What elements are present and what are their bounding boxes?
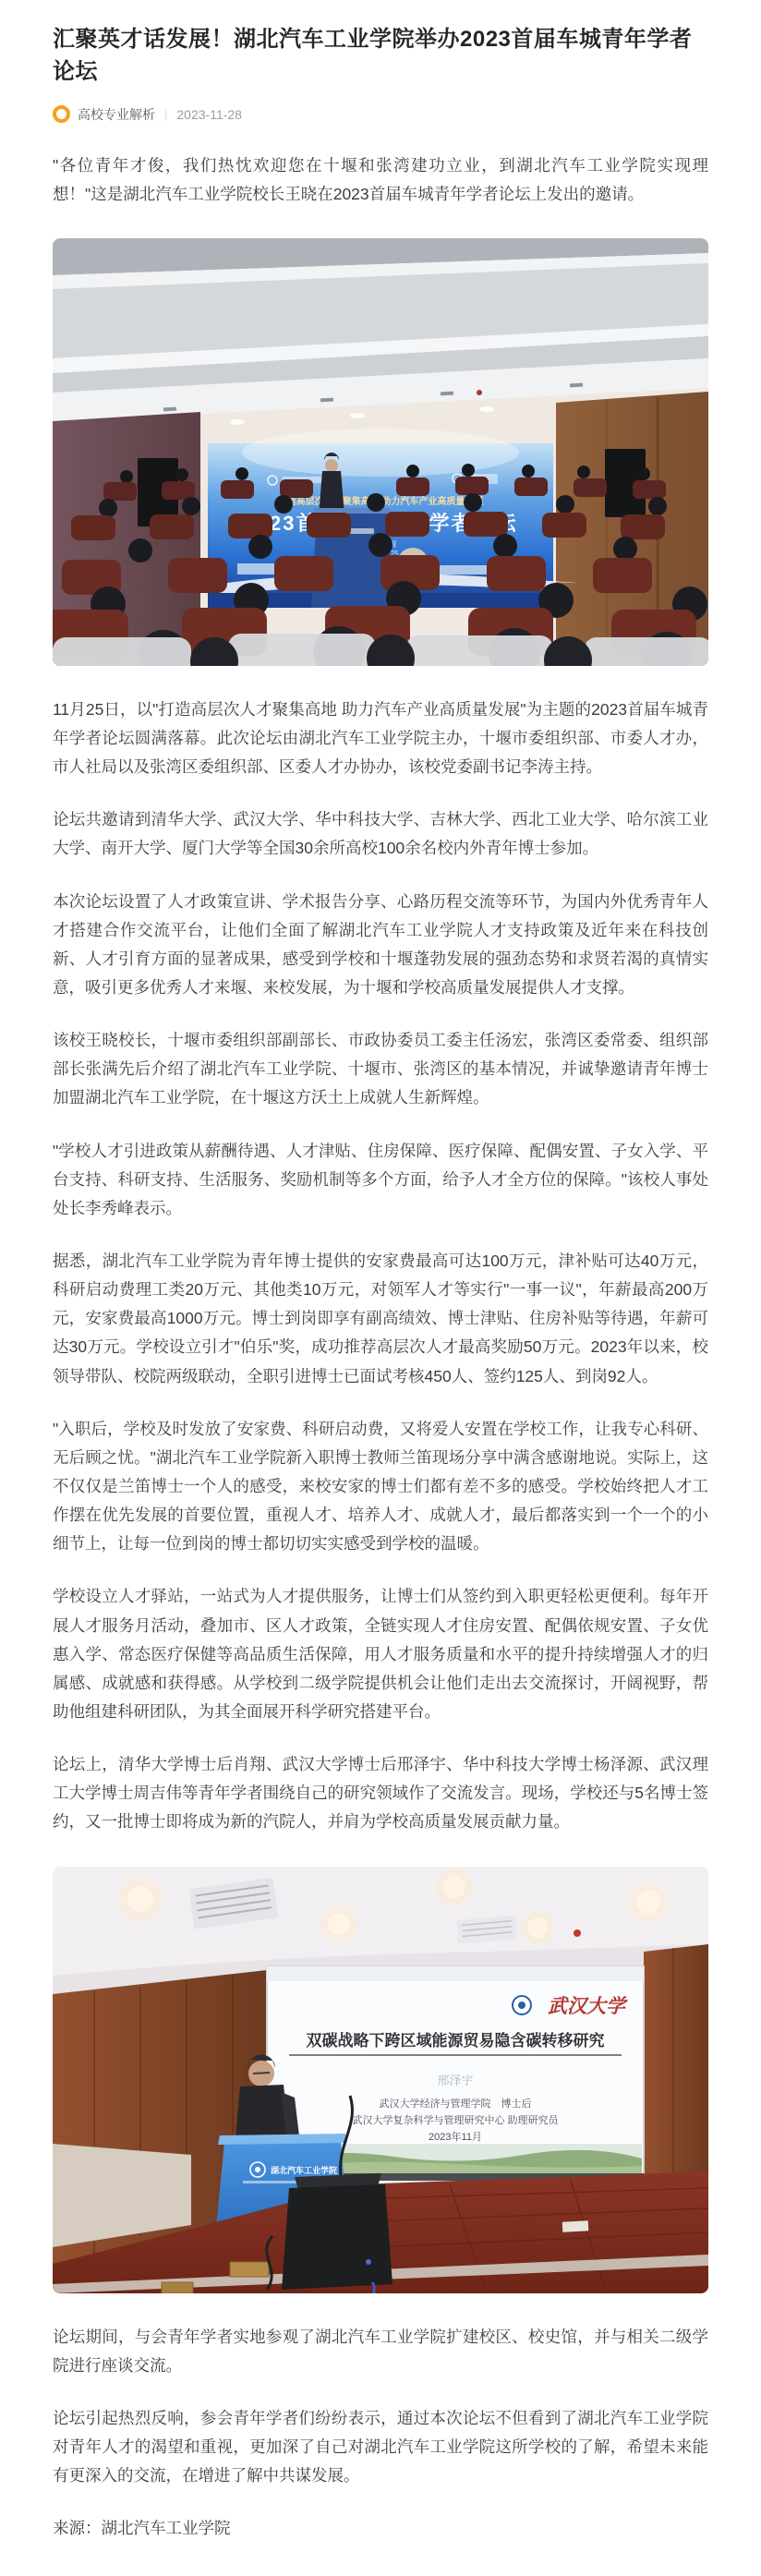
article-source: 来源：湖北汽车工业学院 xyxy=(53,2514,708,2543)
slide-affiliation2-text: 武汉大学复杂科学与管理研究中心 助理研究员 xyxy=(352,2113,559,2126)
fire-alarm-dot xyxy=(574,1929,581,1937)
slide-affiliation1-text: 武汉大学经济与管理学院 博士后 xyxy=(380,2097,532,2110)
article-paragraph: 论坛上，清华大学博士后肖翔、武汉大学博士后邢泽宇、华中科技大学博士杨泽源、武汉理… xyxy=(53,1750,708,1836)
article-paragraph: 论坛引起热烈反响，参会青年学者们纷纷表示，通过本次论坛不但看到了湖北汽车工业学院… xyxy=(53,2404,708,2490)
article-paragraph: 本次论坛设置了人才政策宣讲、学术报告分享、心路历程交流等环节，为国内外优秀青年人… xyxy=(53,888,708,1003)
photo2-room: 武汉大学 双碳战略下跨区域能源贸易隐含碳转移研究 邢泽宇 武汉大学经济与管理学院… xyxy=(53,1867,708,2293)
article-paragraph: 学校设立人才驿站，一站式为人才提供服务，让博士们从签约到入职更轻松更便利。每年开… xyxy=(53,1582,708,1726)
paper-on-floor xyxy=(562,2220,589,2231)
slide-title-text: 双碳战略下跨区域能源贸易隐含碳转移研究 xyxy=(307,2031,605,2050)
article-paragraph: 论坛期间，与会青年学者实地参观了湖北汽车工业学院扩建校区、校史馆，并与相关二级学… xyxy=(53,2323,708,2380)
author-name[interactable]: 高校专业解析 xyxy=(78,105,155,124)
publish-date: 2023-11-28 xyxy=(176,107,242,122)
slide-university-text: 武汉大学 xyxy=(548,1995,628,2017)
article-meta: 高校专业解析 | 2023-11-28 xyxy=(53,105,708,124)
slide-speaker-text: 邢泽宇 xyxy=(437,2074,473,2087)
podium-school-text: 湖北汽车工业学院 xyxy=(270,2165,338,2175)
author-avatar-icon xyxy=(53,105,70,123)
article-paragraph: 论坛共邀请到清华大学、武汉大学、华中科技大学、吉林大学、西北工业大学、哈尔滨工业… xyxy=(53,805,708,863)
meta-separator: | xyxy=(164,107,167,121)
article-photo-forum-audience[interactable]: 打造高层次人才聚集高地 助力汽车产业高质量发展 2023首届车城青年学者论坛 中… xyxy=(53,238,708,666)
article-paragraph: "入职后，学校及时发放了安家费、科研启动费，又将爱人安置在学校工作，让我专心科研… xyxy=(53,1415,708,1559)
floor-socket-plate xyxy=(230,2262,269,2277)
article-photo-scholar-presentation[interactable]: 武汉大学 双碳战略下跨区域能源贸易隐含碳转移研究 邢泽宇 武汉大学经济与管理学院… xyxy=(53,1867,708,2293)
floor-socket-plate xyxy=(162,2282,193,2293)
slide-date-text: 2023年11月 xyxy=(429,2130,482,2143)
article-paragraph: 11月25日，以"打造高层次人才聚集高地 助力汽车产业高质量发展"为主题的202… xyxy=(53,695,708,781)
article-paragraph: "学校人才引进政策从薪酬待遇、人才津贴、住房保障、医疗保障、配偶安置、子女入学、… xyxy=(53,1137,708,1223)
article-paragraph: 该校王晓校长，十堰市委组织部副部长、市政协委员工委主任汤宏，张湾区委常委、组织部… xyxy=(53,1026,708,1112)
page-title: 汇聚英才话发展！湖北汽车工业学院举办2023首届车城青年学者论坛 xyxy=(53,24,708,89)
photo1-room: 打造高层次人才聚集高地 助力汽车产业高质量发展 2023首届车城青年学者论坛 中… xyxy=(53,238,708,666)
article-paragraph: 据悉，湖北汽车工业学院为青年博士提供的安家费最高可达100万元，津补贴可达40万… xyxy=(53,1247,708,1391)
article-paragraph: "各位青年才俊，我们热忱欢迎您在十堰和张湾建功立业，到湖北汽车工业学院实现理想！… xyxy=(53,151,708,209)
article: 汇聚英才话发展！湖北汽车工业学院举办2023首届车城青年学者论坛 高校专业解析 … xyxy=(0,0,761,2576)
